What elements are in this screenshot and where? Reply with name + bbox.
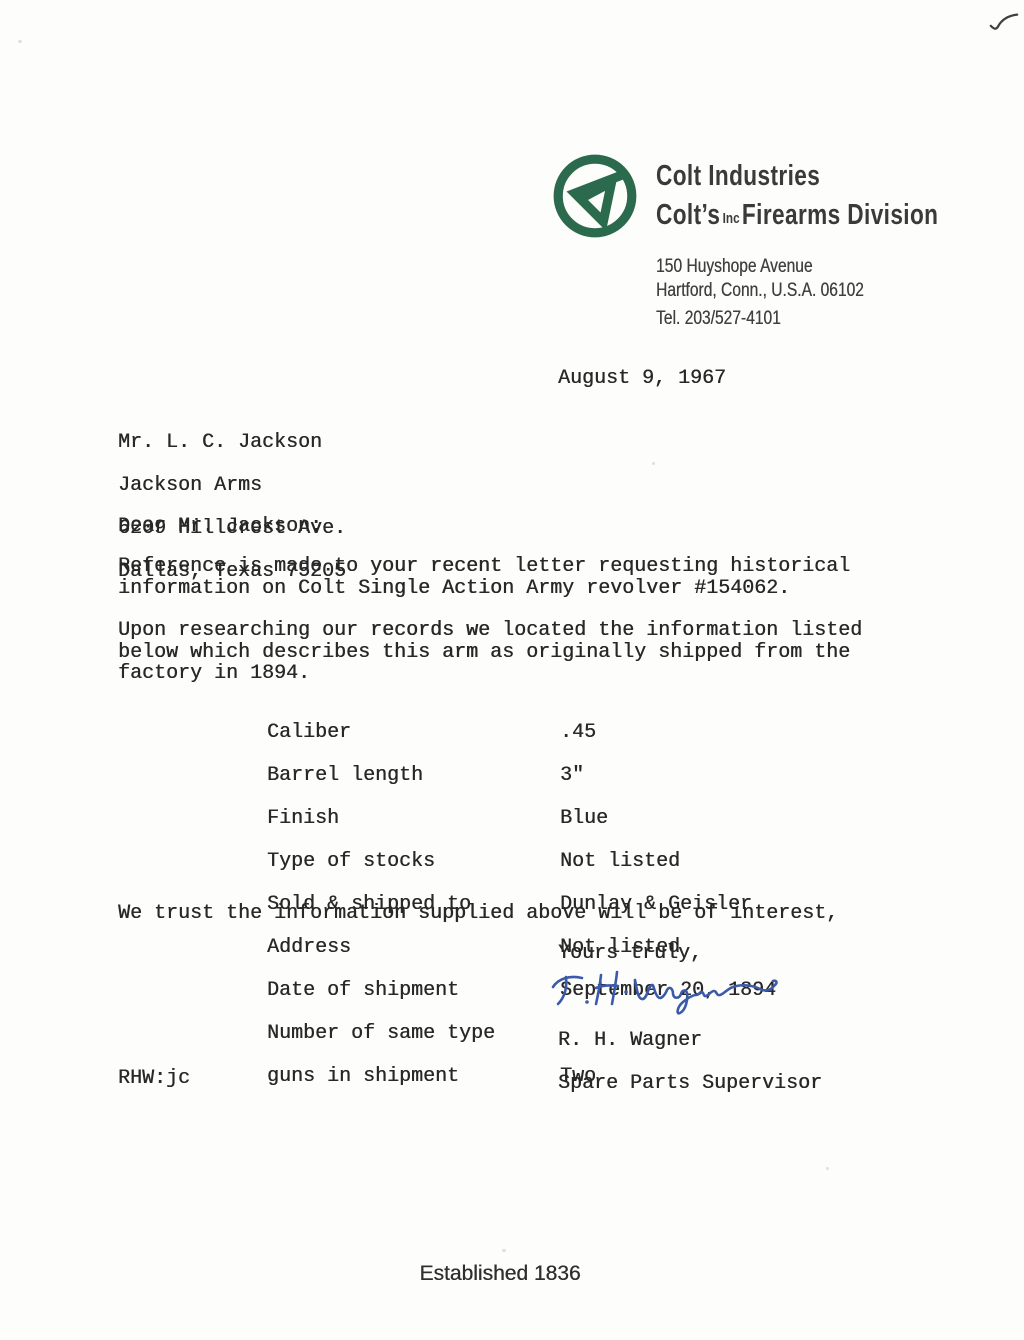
spec-row: Barrel length 3" [267,765,887,787]
signature-block: R. H. Wagner Spare Parts Supervisor [558,1008,822,1116]
spec-label: guns in shipment [267,1066,560,1088]
closing-line: We trust the information supplied above … [118,903,838,925]
signer-title: Spare Parts Supervisor [558,1073,822,1095]
spec-label: Type of stocks [267,851,560,873]
scan-speck [18,40,22,43]
scan-speck [826,1167,829,1170]
spec-label: Caliber [267,722,560,744]
spec-label: Barrel length [267,765,560,787]
spec-row: Finish Blue [267,808,887,830]
recipient-line: Jackson Arms [118,475,346,497]
salutation: Dear Mr. Jackson: [118,516,322,538]
letter-date: August 9, 1967 [558,368,726,390]
scanned-letter-page: Colt Industries Colt’sIncFirearms Divisi… [0,0,1024,1340]
footer-established: Established 1836 [0,1262,1000,1286]
spec-label: Date of shipment [267,980,560,1002]
spec-value: Blue [560,808,887,830]
body-paragraph-2: Upon researching our records we located … [118,620,862,685]
body-paragraph-1: Reference is made to your recent letter … [118,556,850,599]
spec-label: Address [267,937,560,959]
company-name-line2: Colt’sIncFirearms Division [656,199,1018,232]
spec-value: 3" [560,765,887,787]
company-name-line1: Colt Industries [656,160,867,193]
reference-initials: RHW:jc [118,1068,190,1090]
spec-row: Caliber .45 [267,722,887,744]
spec-row: Type of stocks Not listed [267,851,887,873]
scan-speck [502,1249,506,1252]
letterhead-address: 150 Huyshope Avenue Hartford, Conn., U.S… [656,255,909,331]
colt-industries-trefoil-logo-icon [548,150,642,242]
signer-name: R. H. Wagner [558,1030,822,1052]
spec-value: Not listed [560,851,887,873]
company-inc: Inc [720,210,742,227]
company-division: Firearms Division [742,199,938,231]
letterhead-phone: Tel. 203/527-4101 [656,307,781,331]
address-line1: 150 Huyshope Avenue [656,255,813,279]
address-line2: Hartford, Conn., U.S.A. 06102 [656,279,864,303]
valediction: Yours truly, [558,943,702,965]
scan-speck [652,462,655,465]
spec-label: Number of same type [267,1023,560,1045]
recipient-line: Mr. L. C. Jackson [118,432,346,454]
spec-value: .45 [560,722,887,744]
spec-label: Finish [267,808,560,830]
checkmark-icon [988,12,1020,36]
company-colts: Colt’s [656,199,720,231]
